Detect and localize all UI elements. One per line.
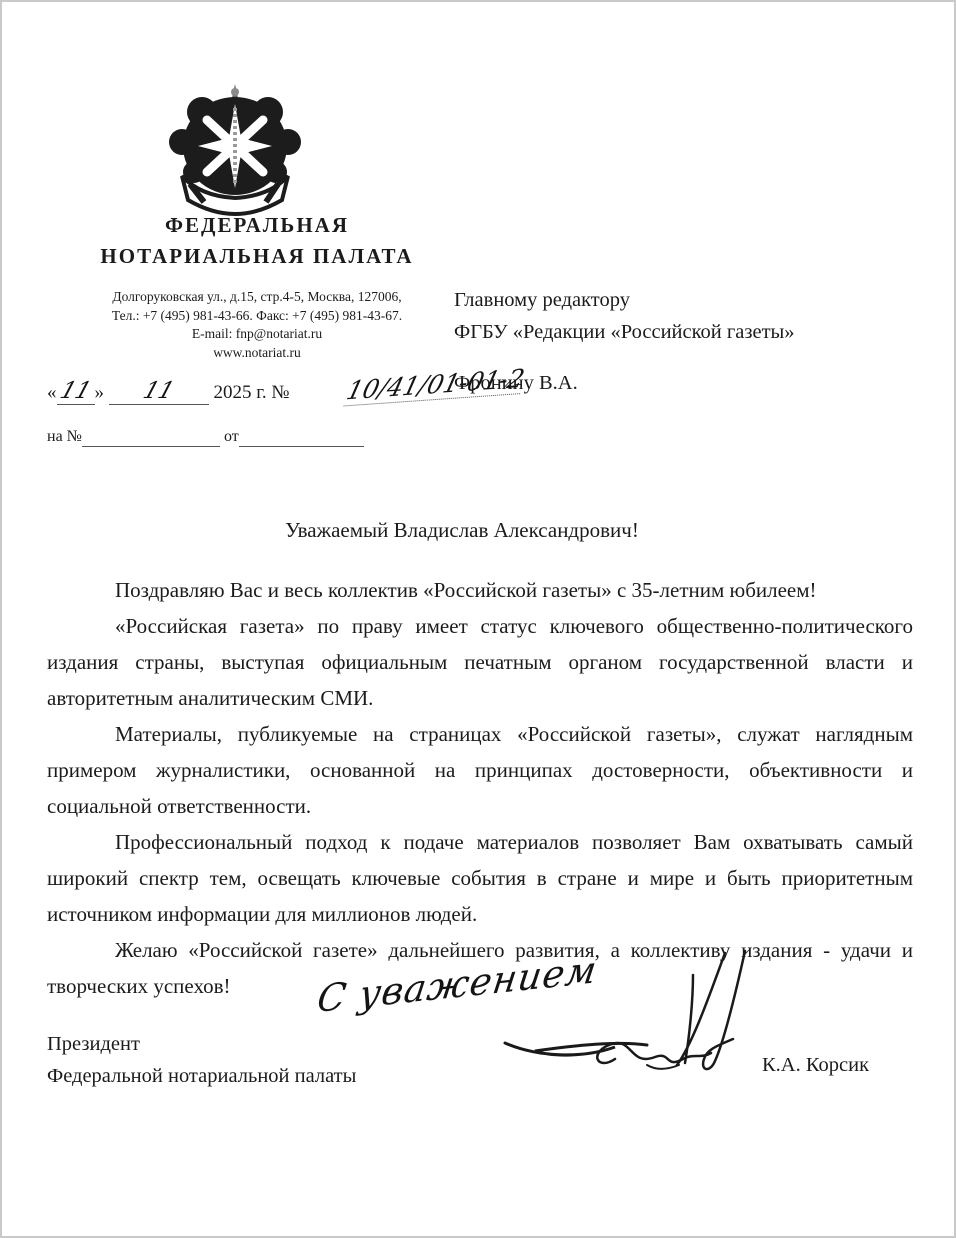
- org-name-line1: ФЕДЕРАЛЬНАЯ: [32, 210, 482, 241]
- reply-na-label: на №: [47, 428, 82, 445]
- recipient-block: Главному редактору ФГБУ «Редакции «Росси…: [454, 284, 924, 348]
- handwritten-doc-number: 10/41/01-01-2: [343, 364, 527, 407]
- address-street: Долгоруковская ул., д.15, стр.4-5, Москв…: [32, 288, 482, 307]
- reply-date-field: [239, 428, 364, 447]
- date-month-field: 11: [109, 378, 209, 405]
- signer-title-line2: Федеральной нотариальной палаты: [47, 1060, 356, 1092]
- letterhead-address: Долгоруковская ул., д.15, стр.4-5, Москв…: [32, 288, 482, 362]
- signature-scrawl-icon: [497, 947, 777, 1092]
- paragraph-4: Профессиональный подход к подаче материа…: [47, 824, 913, 932]
- signer-name: К.А. Корсик: [762, 1054, 869, 1077]
- date-quote-open: «: [47, 382, 57, 403]
- date-day-field: 11: [57, 378, 95, 405]
- notarial-chamber-emblem-icon: [160, 84, 310, 216]
- fnp-emblem: [160, 84, 310, 216]
- reply-ot-label: от: [224, 428, 239, 445]
- salutation: Уважаемый Владислав Александрович!: [47, 518, 877, 543]
- signer-title: Президент Федеральной нотариальной палат…: [47, 1028, 356, 1092]
- recipient-line1: Главному редактору: [454, 284, 924, 316]
- org-name-line2: НОТАРИАЛЬНАЯ ПАЛАТА: [32, 241, 482, 272]
- paragraph-1: Поздравляю Вас и весь коллектив «Российс…: [47, 572, 913, 608]
- date-quote-close: »: [95, 382, 105, 403]
- paragraph-3: Материалы, публикуемые на страницах «Рос…: [47, 716, 913, 824]
- handwritten-month: 11: [140, 378, 178, 404]
- reply-number-field: [82, 428, 220, 447]
- address-email: E-mail: fnp@notariat.ru: [32, 325, 482, 344]
- year-number-label: 2025 г. №: [214, 382, 290, 403]
- date-number-line: «11» 11 2025 г. № 10/41/01-01-2: [47, 378, 447, 405]
- address-website: www.notariat.ru: [32, 344, 482, 363]
- scanned-letter-page: ФЕДЕРАЛЬНАЯ НОТАРИАЛЬНАЯ ПАЛАТА Долгорук…: [0, 0, 956, 1238]
- recipient-line2: ФГБУ «Редакции «Российской газеты»: [454, 316, 924, 348]
- paragraph-2: «Российская газета» по праву имеет стату…: [47, 608, 913, 716]
- letter-body: Поздравляю Вас и весь коллектив «Российс…: [47, 572, 913, 1004]
- address-phone-fax: Тел.: +7 (495) 981-43-66. Факс: +7 (495)…: [32, 307, 482, 326]
- signer-title-line1: Президент: [47, 1028, 356, 1060]
- handwritten-day: 11: [57, 378, 95, 404]
- reply-reference-line: на № от: [47, 428, 447, 447]
- org-name: ФЕДЕРАЛЬНАЯ НОТАРИАЛЬНАЯ ПАЛАТА: [32, 210, 482, 272]
